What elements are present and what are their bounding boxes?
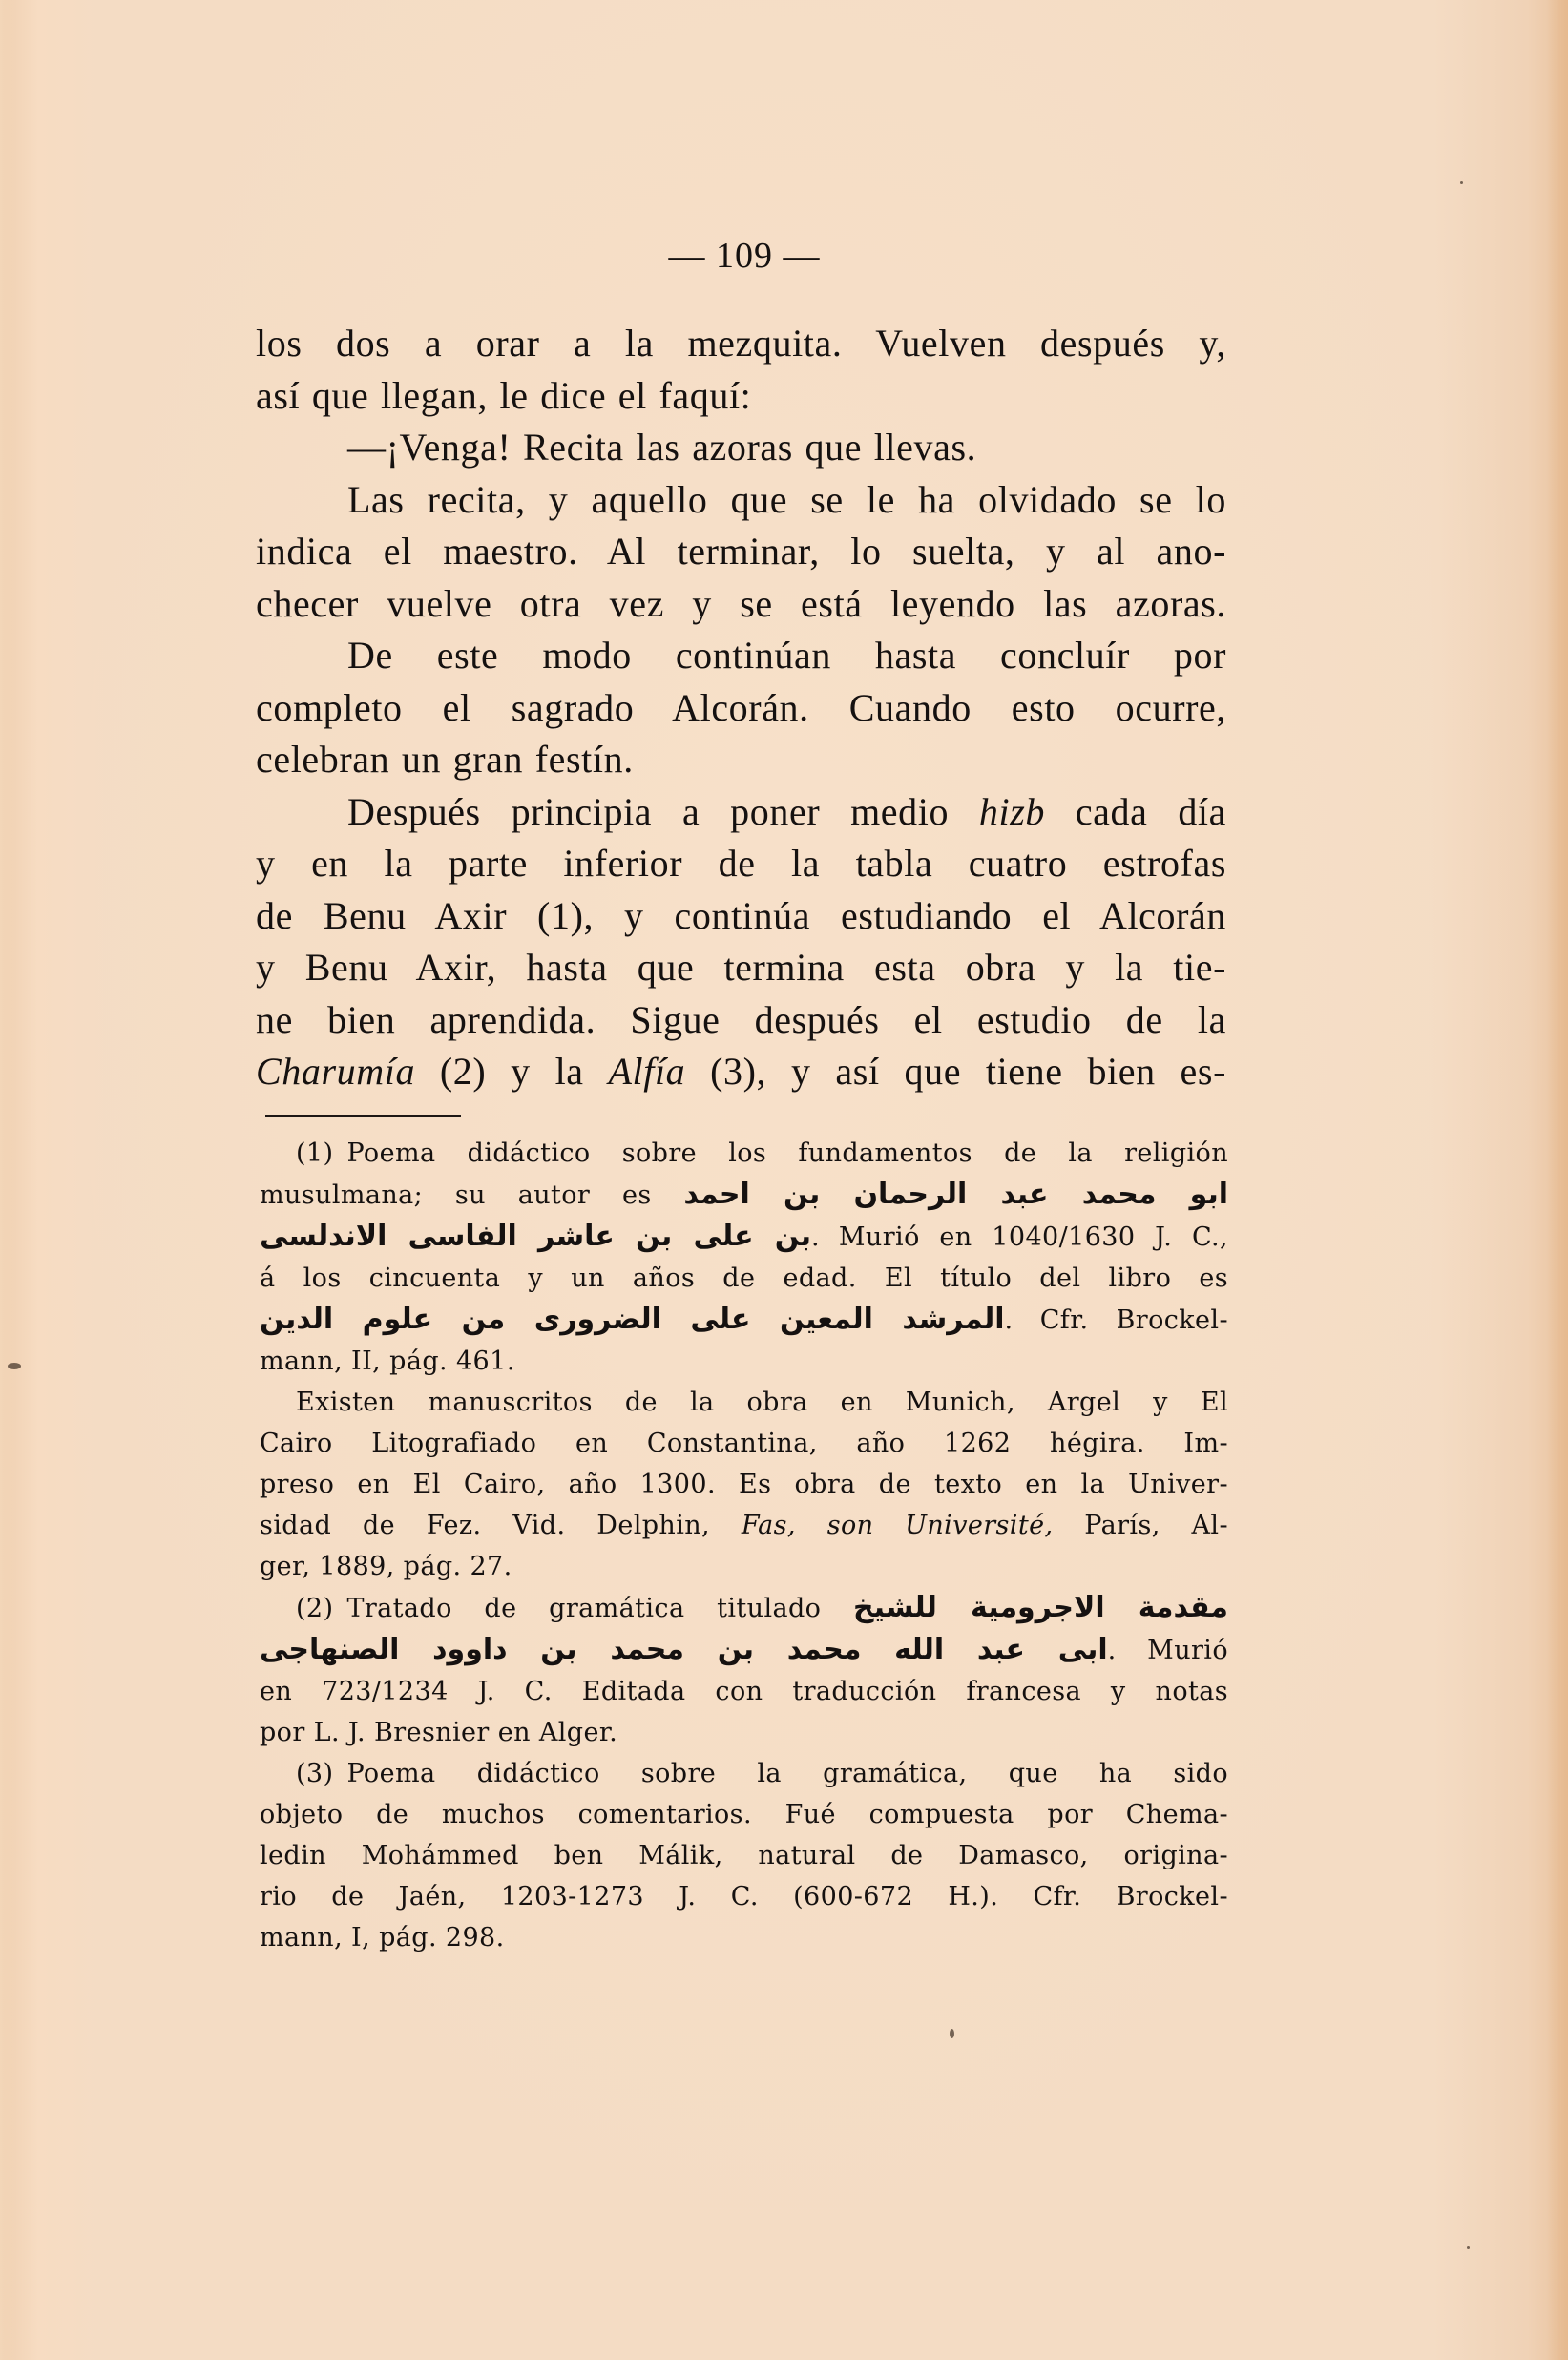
body-line: indica el maestro. Al terminar, lo suelt…: [256, 526, 1226, 578]
italic-term-hizb: hizb: [979, 790, 1045, 833]
arabic-book-title: المرشد المعين على الضرورى من علوم الدين: [260, 1303, 1005, 1336]
footnote-separator: [265, 1115, 461, 1117]
footnote-2-line: en 723/1234 J. C. Editada con traducción…: [260, 1671, 1228, 1712]
body-line: De este modo continúan hasta concluír po…: [256, 630, 1226, 682]
footnote-3-line: (3)Poema didáctico sobre la gramática, q…: [260, 1753, 1228, 1794]
footnote-2-line: ابى عبد الله محمد بن محمد بن داوود الصنه…: [260, 1629, 1228, 1671]
text-run: Poema didáctico sobre los fundamentos de…: [346, 1138, 1228, 1168]
footnotes: (1)Poema didáctico sobre los fundamentos…: [260, 1133, 1228, 1958]
italic-citation-title: Fas, son Université,: [742, 1511, 1054, 1540]
footnote-1-line: á los cincuenta y un años de edad. El tí…: [260, 1258, 1228, 1299]
footnote-1-line: Cairo Litografiado en Constantina, año 1…: [260, 1423, 1228, 1464]
footnote-1-line: المرشد المعين على الضرورى من علوم الدين.…: [260, 1299, 1228, 1341]
footnote-1-line: (1)Poema didáctico sobre los fundamentos…: [260, 1133, 1228, 1174]
body-text: los dos a orar a la mezquita. Vuelven de…: [256, 318, 1226, 1098]
text-run: . Murió en 1040/1630 J. C.,: [811, 1222, 1228, 1252]
page-number: — 109 —: [0, 233, 1489, 279]
ink-speck: [8, 1363, 21, 1369]
footnote-marker: (2): [296, 1594, 333, 1623]
text-run: musulmana; su autor es: [260, 1180, 683, 1210]
footnote-marker: (3): [296, 1759, 333, 1788]
footnote-marker: (1): [296, 1138, 333, 1168]
footnote-2-line: por L. J. Bresnier en Alger.: [260, 1712, 1228, 1753]
footnote-3-line: rio de Jaén, 1203-1273 J. C. (600-672 H.…: [260, 1876, 1228, 1917]
body-line: completo el sagrado Alcorán. Cuando esto…: [256, 682, 1226, 735]
text-run: (3), y así que tiene bien es-: [685, 1050, 1226, 1093]
footnote-1-line: musulmana; su autor es ابو محمد عبد الرح…: [260, 1174, 1228, 1216]
ink-speck: [1460, 181, 1463, 184]
footnote-1-line: ger, 1889, pág. 27.: [260, 1546, 1228, 1587]
footnote-1-line: mann, II, pág. 461.: [260, 1341, 1228, 1382]
body-line: y en la parte inferior de la tabla cuatr…: [256, 838, 1226, 890]
footnote-1-line: Existen manuscritos de la obra en Munich…: [260, 1382, 1228, 1423]
text-run: . Murió: [1108, 1636, 1228, 1665]
italic-term-charumia: Charumía: [256, 1050, 415, 1093]
text-run: París, Al-: [1053, 1511, 1228, 1540]
ink-speck: [1467, 2246, 1470, 2249]
body-line: así que llegan, le dice el faquí:: [256, 370, 1226, 423]
footnote-1-line: preso en El Cairo, año 1300. Es obra de …: [260, 1464, 1228, 1505]
page-left-edge: [0, 0, 15, 2360]
arabic-work-title: مقدمة الاجرومية للشيخ: [853, 1591, 1228, 1624]
body-line: checer vuelve otra vez y se está leyendo…: [256, 578, 1226, 631]
body-line: Después principia a poner medio hizb cad…: [256, 786, 1226, 839]
page-right-edge: [1547, 0, 1568, 2360]
body-line: celebran un gran festín.: [256, 734, 1226, 786]
arabic-author-name: ابو محمد عبد الرحمان بن احمد: [683, 1178, 1228, 1211]
text-run: Tratado de gramática titulado: [346, 1594, 853, 1623]
scanned-book-page: — 109 — los dos a orar a la mezquita. Vu…: [0, 0, 1568, 2360]
body-line: y Benu Axir, hasta que termina esta obra…: [256, 942, 1226, 994]
arabic-author-name-cont: بن على بن عاشر الفاسى الاندلسى: [260, 1220, 811, 1253]
footnote-3-line: mann, I, pág. 298.: [260, 1917, 1228, 1958]
body-line: ne bien aprendida. Sigue después el estu…: [256, 994, 1226, 1047]
footnote-2-line: (2)Tratado de gramática titulado مقدمة ا…: [260, 1587, 1228, 1629]
body-line: Las recita, y aquello que se le ha olvid…: [256, 474, 1226, 527]
body-line: los dos a orar a la mezquita. Vuelven de…: [256, 318, 1226, 370]
body-line-dialogue: —¡Venga! Recita las azoras que llevas.: [256, 422, 1226, 474]
text-run: Poema didáctico sobre la gramática, que …: [346, 1759, 1228, 1788]
ink-speck: [950, 2029, 954, 2038]
text-run: Después principia a poner medio: [347, 790, 979, 833]
footnote-3-line: ledin Mohámmed ben Málik, natural de Dam…: [260, 1835, 1228, 1876]
arabic-author-name: ابى عبد الله محمد بن محمد بن داوود الصنه…: [260, 1633, 1108, 1666]
italic-term-alfia: Alfía: [609, 1050, 686, 1093]
text-run: cada día: [1045, 790, 1226, 833]
body-line: Charumía (2) y la Alfía (3), y así que t…: [256, 1046, 1226, 1098]
text-run: sidad de Fez. Vid. Delphin,: [260, 1511, 742, 1540]
body-line: de Benu Axir (1), y continúa estudiando …: [256, 890, 1226, 943]
footnote-1-line: sidad de Fez. Vid. Delphin, Fas, son Uni…: [260, 1505, 1228, 1546]
footnote-3-line: objeto de muchos comentarios. Fué compue…: [260, 1794, 1228, 1835]
footnote-1-line: بن على بن عاشر الفاسى الاندلسى. Murió en…: [260, 1216, 1228, 1258]
text-run: . Cfr. Brockel-: [1005, 1305, 1228, 1335]
text-run: (2) y la: [415, 1050, 608, 1093]
